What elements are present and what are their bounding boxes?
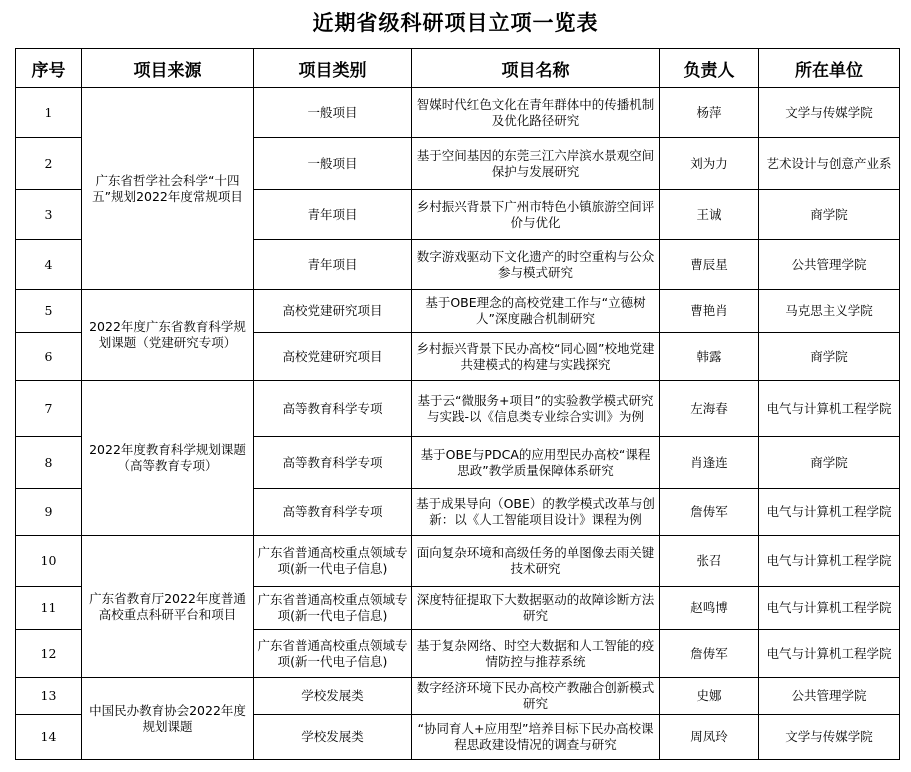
project-unit: 文学与传媒学院 — [759, 715, 900, 760]
project-category: 高校党建研究项目 — [254, 290, 412, 333]
project-name: 乡村振兴背景下广州市特色小镇旅游空间评价与优化 — [412, 190, 660, 240]
header-project-name: 项目名称 — [412, 49, 660, 88]
project-unit: 电气与计算机工程学院 — [759, 489, 900, 536]
project-category: 学校发展类 — [254, 715, 412, 760]
project-name: “协同育人+应用型”培养目标下民办高校课程思政建设情况的调查与研究 — [412, 715, 660, 760]
project-category: 高校党建研究项目 — [254, 333, 412, 381]
project-category: 学校发展类 — [254, 678, 412, 715]
project-name: 深度特征提取下大数据驱动的故障诊断方法研究 — [412, 587, 660, 630]
project-name: 基于云“微服务+项目”的实验教学模式研究与实践-以《信息类专业综合实训》为例 — [412, 381, 660, 437]
project-unit: 商学院 — [759, 437, 900, 489]
project-unit: 艺术设计与创意产业系 — [759, 138, 900, 190]
project-leader: 王诚 — [660, 190, 759, 240]
header-index: 序号 — [16, 49, 82, 88]
project-name: 基于OBE理念的高校党建工作与“立德树人”深度融合机制研究 — [412, 290, 660, 333]
project-category: 高等教育科学专项 — [254, 437, 412, 489]
project-category: 青年项目 — [254, 240, 412, 290]
project-source: 2022年度教育科学规划课题（高等教育专项） — [82, 381, 254, 536]
project-source: 2022年度广东省教育科学规划课题（党建研究专项） — [82, 290, 254, 381]
project-unit: 商学院 — [759, 190, 900, 240]
header-leader: 负责人 — [660, 49, 759, 88]
project-category: 广东省普通高校重点领域专项(新一代电子信息) — [254, 536, 412, 587]
project-leader: 史娜 — [660, 678, 759, 715]
project-name: 数字经济环境下民办高校产教融合创新模式研究 — [412, 678, 660, 715]
row-index: 12 — [16, 630, 82, 678]
table-row: 7 2022年度教育科学规划课题（高等教育专项） 高等教育科学专项 基于云“微服… — [16, 381, 900, 437]
header-category: 项目类别 — [254, 49, 412, 88]
project-name: 基于OBE与PDCA的应用型民办高校“课程思政”教学质量保障体系研究 — [412, 437, 660, 489]
row-index: 11 — [16, 587, 82, 630]
header-row: 序号 项目来源 项目类别 项目名称 负责人 所在单位 — [16, 49, 900, 88]
project-name: 基于成果导向（OBE）的教学模式改革与创新：以《人工智能项目设计》课程为例 — [412, 489, 660, 536]
project-unit: 电气与计算机工程学院 — [759, 587, 900, 630]
project-source: 广东省教育厅2022年度普通高校重点科研平台和项目 — [82, 536, 254, 678]
project-unit: 商学院 — [759, 333, 900, 381]
project-leader: 詹俦军 — [660, 630, 759, 678]
row-index: 14 — [16, 715, 82, 760]
row-index: 7 — [16, 381, 82, 437]
project-category: 青年项目 — [254, 190, 412, 240]
project-name: 智媒时代红色文化在青年群体中的传播机制及优化路径研究 — [412, 88, 660, 138]
table-row: 13 中国民办教育协会2022年度规划课题 学校发展类 数字经济环境下民办高校产… — [16, 678, 900, 715]
project-name: 乡村振兴背景下民办高校“同心圆”校地党建共建模式的构建与实践探究 — [412, 333, 660, 381]
header-unit: 所在单位 — [759, 49, 900, 88]
page-title: 近期省级科研项目立项一览表 — [0, 8, 911, 38]
project-source: 中国民办教育协会2022年度规划课题 — [82, 678, 254, 760]
project-leader: 左海春 — [660, 381, 759, 437]
table-row: 1 广东省哲学社会科学“十四五”规划2022年度常规项目 一般项目 智媒时代红色… — [16, 88, 900, 138]
project-category: 广东省普通高校重点领域专项(新一代电子信息) — [254, 587, 412, 630]
project-name: 面向复杂环境和高级任务的单图像去雨关键技术研究 — [412, 536, 660, 587]
project-leader: 赵鸣博 — [660, 587, 759, 630]
project-leader: 曹辰星 — [660, 240, 759, 290]
project-leader: 张召 — [660, 536, 759, 587]
project-name: 数字游戏驱动下文化遗产的时空重构与公众参与模式研究 — [412, 240, 660, 290]
row-index: 4 — [16, 240, 82, 290]
project-unit: 文学与传媒学院 — [759, 88, 900, 138]
project-table: 序号 项目来源 项目类别 项目名称 负责人 所在单位 1 广东省哲学社会科学“十… — [15, 48, 900, 760]
project-leader: 詹俦军 — [660, 489, 759, 536]
row-index: 1 — [16, 88, 82, 138]
table-row: 5 2022年度广东省教育科学规划课题（党建研究专项） 高校党建研究项目 基于O… — [16, 290, 900, 333]
project-category: 一般项目 — [254, 138, 412, 190]
project-leader: 肖逢连 — [660, 437, 759, 489]
row-index: 8 — [16, 437, 82, 489]
row-index: 9 — [16, 489, 82, 536]
project-category: 高等教育科学专项 — [254, 381, 412, 437]
project-category: 一般项目 — [254, 88, 412, 138]
row-index: 6 — [16, 333, 82, 381]
project-source: 广东省哲学社会科学“十四五”规划2022年度常规项目 — [82, 88, 254, 290]
project-name: 基于复杂网络、时空大数据和人工智能的疫情防控与推荐系统 — [412, 630, 660, 678]
project-leader: 杨萍 — [660, 88, 759, 138]
project-unit: 马克思主义学院 — [759, 290, 900, 333]
project-leader: 曹艳肖 — [660, 290, 759, 333]
row-index: 10 — [16, 536, 82, 587]
project-leader: 刘为力 — [660, 138, 759, 190]
table-row: 10 广东省教育厅2022年度普通高校重点科研平台和项目 广东省普通高校重点领域… — [16, 536, 900, 587]
row-index: 2 — [16, 138, 82, 190]
project-unit: 电气与计算机工程学院 — [759, 536, 900, 587]
project-unit: 电气与计算机工程学院 — [759, 381, 900, 437]
project-category: 广东省普通高校重点领域专项(新一代电子信息) — [254, 630, 412, 678]
row-index: 13 — [16, 678, 82, 715]
project-unit: 公共管理学院 — [759, 240, 900, 290]
project-category: 高等教育科学专项 — [254, 489, 412, 536]
project-unit: 电气与计算机工程学院 — [759, 630, 900, 678]
row-index: 5 — [16, 290, 82, 333]
header-source: 项目来源 — [82, 49, 254, 88]
project-leader: 周凤玲 — [660, 715, 759, 760]
project-leader: 韩露 — [660, 333, 759, 381]
row-index: 3 — [16, 190, 82, 240]
project-name: 基于空间基因的东莞三江六岸滨水景观空间保护与发展研究 — [412, 138, 660, 190]
project-unit: 公共管理学院 — [759, 678, 900, 715]
